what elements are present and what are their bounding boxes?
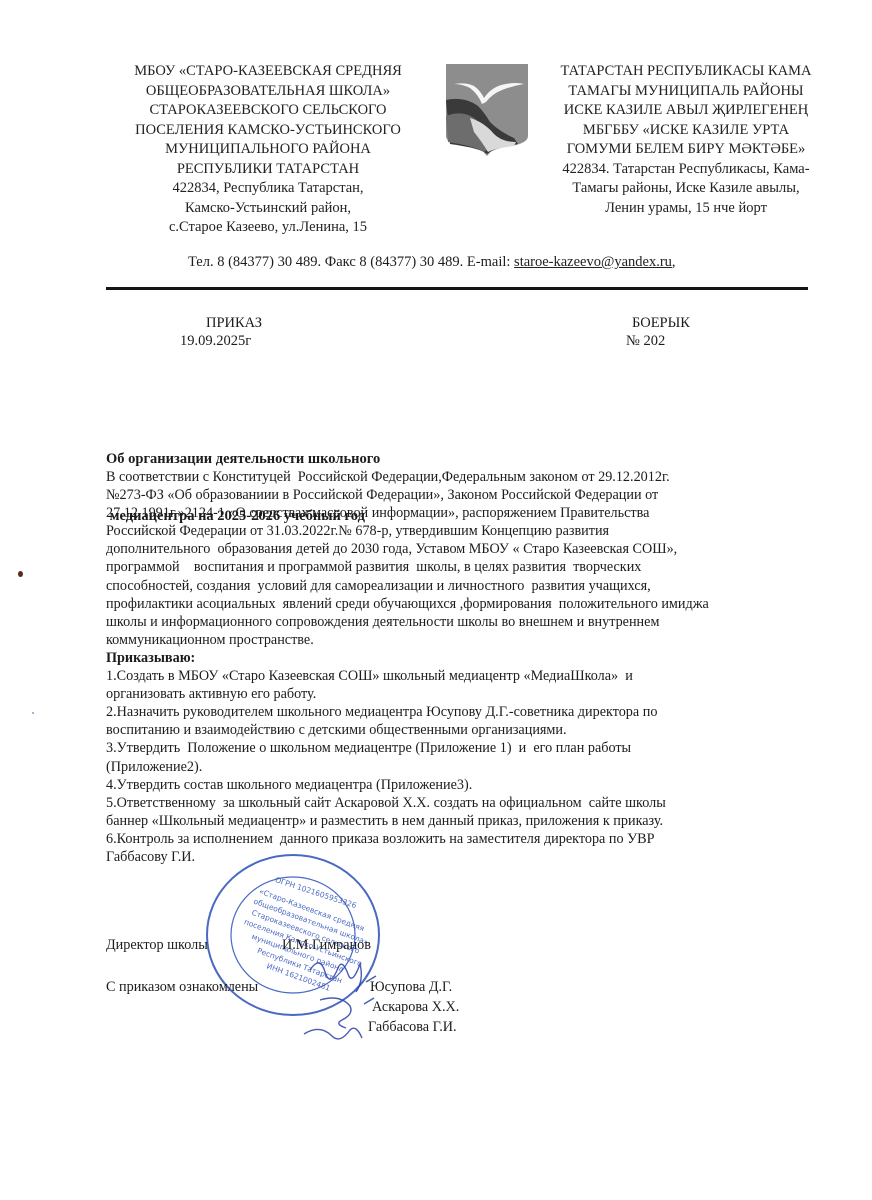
letterhead-left-line: ОБЩЕОБРАЗОВАТЕЛЬНАЯ ШКОЛА»: [118, 82, 418, 102]
scan-speck: [18, 571, 23, 577]
contacts-phone-fax: Тел. 8 (84377) 30 489. Факс 8 (84377) 30…: [188, 254, 514, 270]
letterhead-left-line: МУНИЦИПАЛЬНОГО РАЙОНА: [118, 140, 418, 160]
letterhead-right-line: Тамагы районы, Иске Казиле авылы,: [538, 179, 834, 199]
letterhead-right-line: ИСКЕ КАЗИЛЕ АВЫЛ ҖИРЛЕГЕНЕҢ: [538, 101, 834, 121]
letterhead-right-block: ТАТАРСТАН РЕСПУБЛИКАСЫ КАМА ТАМАГЫ МУНИЦ…: [538, 62, 834, 218]
letterhead-left-line: с.Старое Казеево, ул.Ленина, 15: [118, 218, 418, 238]
order-label-ru: ПРИКАЗ: [206, 314, 262, 332]
email-link[interactable]: staroe-kazeevo@yandex.ru: [514, 254, 672, 270]
letterhead-left-line: СТАРОКАЗЕЕВСКОГО СЕЛЬСКОГО: [118, 101, 418, 121]
letterhead-right-line: МБГББУ «ИСКЕ КАЗИЛЕ УРТА: [538, 121, 834, 141]
order-heading: Приказываю:: [106, 649, 826, 667]
letterhead-right-line: ТАМАГЫ МУНИЦИПАЛЬ РАЙОНЫ: [538, 82, 834, 102]
letterhead-right-line: Ленин урамы, 15 нче йорт: [538, 199, 834, 219]
header-divider: [106, 287, 808, 290]
scan-speck: [32, 712, 34, 714]
letterhead-left-line: 422834, Республика Татарстан,: [118, 179, 418, 199]
order-label-tt: БОЕРЫК: [632, 314, 690, 332]
director-label: Директор школы: [106, 937, 208, 954]
order-item-line: 5.Ответственному за школьный сайт Аскаро…: [106, 794, 826, 812]
letterhead-right-line: 422834. Татарстан Республикасы, Кама-: [538, 160, 834, 180]
contacts-suffix: ,: [672, 254, 676, 270]
order-item-line: 6.Контроль за исполнением данного приказ…: [106, 830, 826, 848]
order-item-line: 4.Утвердить состав школьного медиацентра…: [106, 776, 826, 794]
order-number: № 202: [626, 332, 665, 350]
title-line: Об организации деятельности школьного: [106, 450, 380, 469]
order-item-line: 2.Назначить руководителем школьного меди…: [106, 703, 826, 721]
handwritten-signature-icon: [290, 950, 410, 1050]
preamble-line: способностей, создания условий для самор…: [106, 577, 826, 595]
letterhead-left-block: МБОУ «СТАРО-КАЗЕЕВСКАЯ СРЕДНЯЯ ОБЩЕОБРАЗ…: [118, 62, 418, 238]
letterhead-right-line: ГОМУМИ БЕЛЕМ БИРҮ МӘКТӘБЕ»: [538, 140, 834, 160]
preamble-line: 27.12.1991г.»2124-1 «О средствах массово…: [106, 504, 826, 522]
letterhead-right-line: ТАТАРСТАН РЕСПУБЛИКАСЫ КАМА: [538, 62, 834, 82]
letterhead-left-line: Камско-Устьинский район,: [118, 199, 418, 219]
letterhead-left-line: ПОСЕЛЕНИЯ КАМСКО-УСТЬИНСКОГО: [118, 121, 418, 141]
order-item-line: 1.Создать в МБОУ «Старо Казеевская СОШ» …: [106, 667, 826, 685]
order-item-line: (Приложение2).: [106, 758, 826, 776]
preamble-line: дополнительного образования детей до 203…: [106, 540, 826, 558]
letterhead-left-line: РЕСПУБЛИКИ ТАТАРСТАН: [118, 160, 418, 180]
order-item-line: 3.Утвердить Положение о школьном медиаце…: [106, 739, 826, 757]
letterhead-left-line: МБОУ «СТАРО-КАЗЕЕВСКАЯ СРЕДНЯЯ: [118, 62, 418, 82]
preamble-line: профилактики асоциальных явлений среди о…: [106, 595, 826, 613]
document-body: В соответствии с Конституцей Российской …: [106, 468, 826, 866]
order-item-line: организовать активную его работу.: [106, 685, 826, 703]
order-date: 19.09.2025г: [180, 332, 251, 350]
preamble-line: №273-ФЗ «Об образованиии в Российской Фе…: [106, 486, 826, 504]
order-item-line: баннер «Школьный медиацентр» и разместит…: [106, 812, 826, 830]
contacts-line: Тел. 8 (84377) 30 489. Факс 8 (84377) 30…: [188, 254, 676, 271]
preamble-line: школы и информационного сопровождения де…: [106, 613, 826, 631]
preamble-line: программой воспитания и программой разви…: [106, 558, 826, 576]
preamble-line: В соответствии с Конституцей Российской …: [106, 468, 826, 486]
preamble-line: Российской Федерации от 31.03.2022г.№ 67…: [106, 522, 826, 540]
order-item-line: воспитанию и взаимодействию с детскими о…: [106, 721, 826, 739]
coat-of-arms-icon: [444, 62, 530, 156]
preamble-line: коммуникационном пространстве.: [106, 631, 826, 649]
acquainted-label: С приказом ознакомлены: [106, 979, 258, 996]
